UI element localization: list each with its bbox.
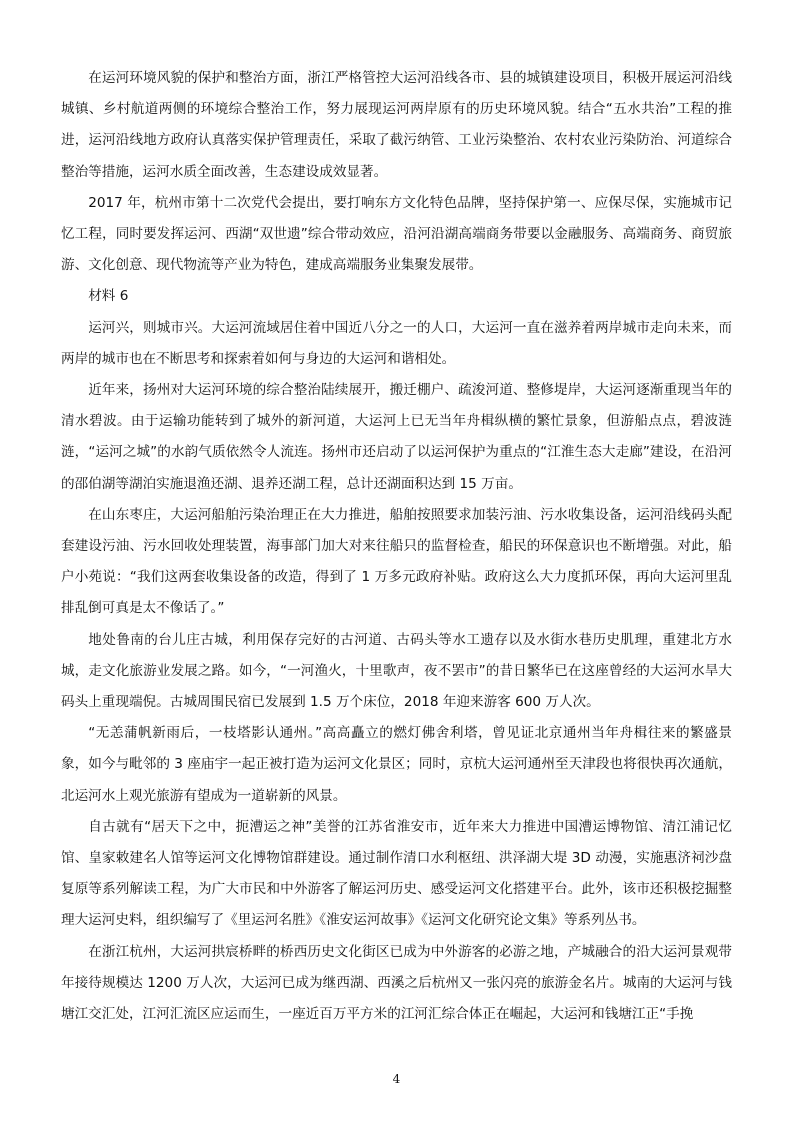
page-number: 4 [0, 1072, 793, 1086]
section-heading-material-6: 材料 6 [61, 281, 732, 312]
document-page: 在运河环境风貌的保护和整治方面，浙江严格管控大运河沿线各市、县的城镇建设项目，积… [61, 63, 732, 1030]
paragraph-canal-city: 运河兴，则城市兴。大运河流域居住着中国近八分之一的人口，大运河一直在滋养着两岸城… [61, 313, 732, 375]
paragraph-yangzhou: 近年来，扬州对大运河环境的综合整治陆续展开，搬迁棚户、疏浚河道、整修堤岸，大运河… [61, 375, 732, 500]
paragraph-huaian: 自古就有“居天下之中，扼漕运之神”美誉的江苏省淮安市，近年来大力推进中国漕运博物… [61, 812, 732, 937]
paragraph-hangzhou-2017: 2017 年，杭州市第十二次党代会提出，要打响东方文化特色品牌，坚持保护第一、应… [61, 188, 732, 282]
paragraph-tongzhou: “无恙蒲帆新雨后，一枝塔影认通州。”高高矗立的燃灯佛舍利塔，曾见证北京通州当年舟… [61, 718, 732, 812]
paragraph-zaozhuang: 在山东枣庄，大运河船舶污染治理正在大力推进，船舶按照要求加装污油、污水收集设备，… [61, 500, 732, 625]
paragraph-environment-protection: 在运河环境风貌的保护和整治方面，浙江严格管控大运河沿线各市、县的城镇建设项目，积… [61, 63, 732, 188]
paragraph-taierzhuang: 地处鲁南的台儿庄古城，利用保存完好的古河道、古码头等水工遗存以及水街水巷历史肌理… [61, 625, 732, 719]
paragraph-hangzhou-canal: 在浙江杭州，大运河拱宸桥畔的桥西历史文化街区已成为中外游客的必游之地，产城融合的… [61, 937, 732, 1031]
